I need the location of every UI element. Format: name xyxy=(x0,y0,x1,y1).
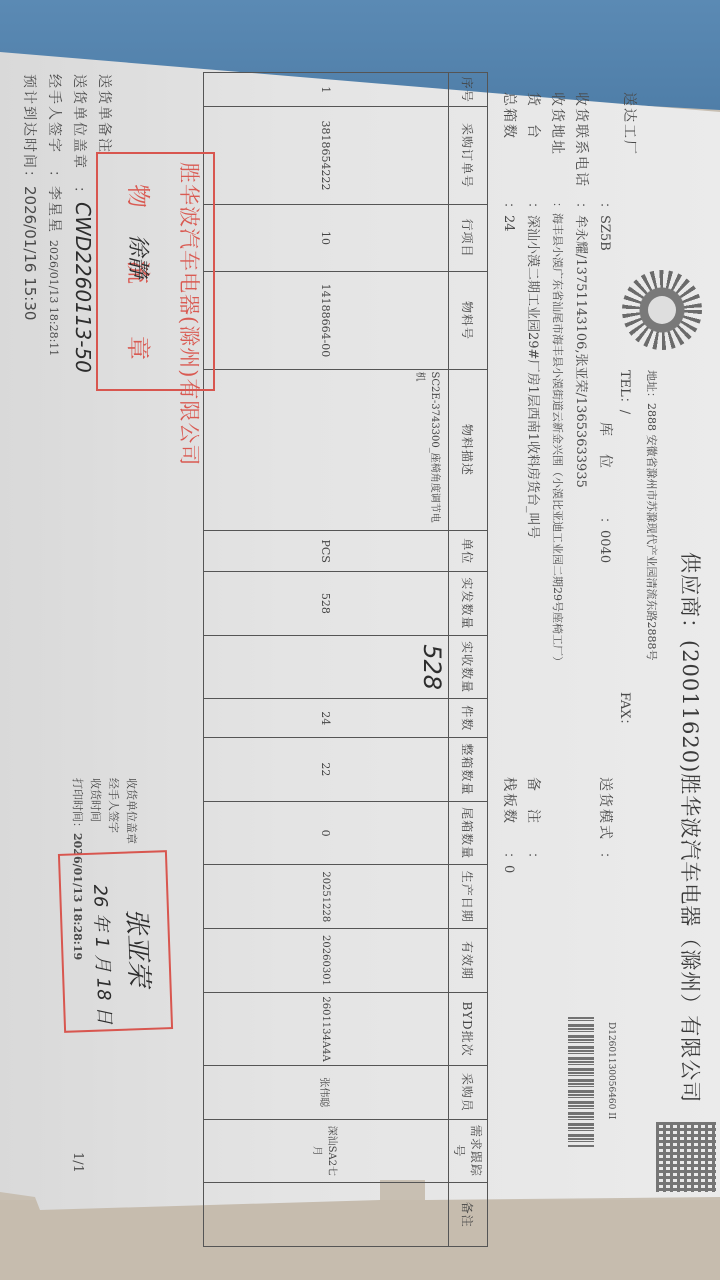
pallets-label: 栈板数 xyxy=(500,777,520,825)
eta-label: 预计到达时间：2026/01/16 15:30 xyxy=(20,74,40,320)
col-pieces: 件数 xyxy=(449,699,488,738)
handwritten-code: CWD2260113-50 xyxy=(71,202,95,373)
cell-prod-date: 20251228 xyxy=(204,865,449,929)
receiver-signer-label: 经手人签字 xyxy=(106,778,122,833)
cell-buyer: 张伟聪 xyxy=(204,1066,449,1119)
delivery-remark-label: 送货单备注 xyxy=(95,74,115,154)
col-unit: 单位 xyxy=(449,531,488,572)
pallets-value: ：0 xyxy=(501,852,520,873)
address-label: 收货地址 xyxy=(548,92,568,156)
phone-label: 收货联系电话 xyxy=(572,92,592,188)
receiver-stamp: 张亚荣 26 年 1 月 18 日 xyxy=(58,850,173,1033)
barcode-number: D12601130056460 II xyxy=(606,1022,616,1119)
location-label: 库 位 xyxy=(596,422,616,470)
col-tracking: 需求跟踪号 xyxy=(449,1119,488,1183)
document-qr-icon xyxy=(656,1122,716,1192)
col-tail-box: 尾箱数量 xyxy=(449,801,488,865)
factory-label: 送达工厂 xyxy=(620,92,640,156)
receive-time-label: 收货时间 xyxy=(88,778,104,822)
cell-description: SC2E-3743300_座椅角度调节电机 xyxy=(204,369,449,531)
cell-received: 528 xyxy=(204,635,449,699)
remark-value: ： xyxy=(525,852,544,865)
col-remark: 备注 xyxy=(449,1183,488,1247)
supplier-title: 供应商：(20011620)胜华波汽车电器（滁州）有限公司 xyxy=(676,552,706,1103)
address-value: ：海丰县小漠广东省汕尾市海丰县小漠街道云新金兴围（小漠比亚迪工业园二期29号座椅… xyxy=(550,202,566,667)
dock-label: 货 台 xyxy=(524,92,544,140)
col-received: 实收数量 xyxy=(449,635,488,699)
cell-tail-box: 0 xyxy=(204,801,449,865)
barcode-icon xyxy=(568,1017,594,1147)
col-seq: 序号 xyxy=(449,73,488,107)
col-full-box: 整箱数量 xyxy=(449,738,488,802)
remark-label: 备 注 xyxy=(524,777,544,825)
cell-po: 3818654222 xyxy=(204,107,449,204)
boxes-label: 总箱数 xyxy=(500,92,520,140)
logistics-stamp: 胜华波汽车电器(滁州)有限公司 物 流 章 徐静 xyxy=(96,152,215,391)
col-batch: BYD批次 xyxy=(449,992,488,1065)
receiver-seal-label: 收货单位盖章 xyxy=(124,778,140,844)
cell-seq: 1 xyxy=(204,73,449,107)
cell-material: 14188664-00 xyxy=(204,272,449,369)
items-table: 序号 采购订单号 行项目 物料号 物料描述 单位 实发数量 实收数量 件数 整箱… xyxy=(203,72,488,1247)
boxes-value: ：24 xyxy=(501,202,520,232)
delivery-note: 供应商：(20011620)胜华波汽车电器（滁州）有限公司 地址：2888 安徽… xyxy=(0,52,720,1212)
supplier-fax: FAX： xyxy=(617,692,636,732)
cell-batch: 2601134A4A xyxy=(204,992,449,1065)
mode-label: 送货模式 xyxy=(596,777,616,841)
delivery-sign-time: 2026/01/13 18:28:11 xyxy=(47,240,60,356)
delivery-seal-label: 送货单位盖章 ： xyxy=(70,74,90,202)
location-value: ：0040 xyxy=(597,517,616,563)
stamp-department: 物 流 章 xyxy=(123,184,158,374)
col-material: 物料号 xyxy=(449,272,488,369)
stamp-company: 胜华波汽车电器(滁州)有限公司 xyxy=(175,162,205,466)
cell-shipped: 528 xyxy=(204,572,449,636)
col-line: 行项目 xyxy=(449,204,488,272)
cell-line: 10 xyxy=(204,204,449,272)
cell-expiry: 20260301 xyxy=(204,929,449,993)
table-row: 1 3818654222 10 14188664-00 SC2E-3743300… xyxy=(204,73,449,1247)
dock-value: ：深汕小漠二期工业园29#厂房1层西南1收料房货台_叫号 xyxy=(525,202,544,539)
mode-value: ： xyxy=(597,852,616,865)
cell-remark xyxy=(204,1183,449,1247)
mini-program-qr-icon xyxy=(622,270,702,350)
cell-tracking: 深汕SA2七月 xyxy=(204,1119,449,1183)
col-expiry: 有效期 xyxy=(449,929,488,993)
page-number: 1/1 xyxy=(70,1152,85,1173)
table-header-row: 序号 采购订单号 行项目 物料号 物料描述 单位 实发数量 实收数量 件数 整箱… xyxy=(449,73,488,1247)
stamp-signature: 徐静 xyxy=(124,234,155,278)
col-description: 物料描述 xyxy=(449,369,488,531)
delivery-signer-label: 经手人签字 ：李星星 xyxy=(45,74,65,234)
cell-unit: PCS xyxy=(204,531,449,572)
cell-pieces: 24 xyxy=(204,699,449,738)
col-shipped: 实发数量 xyxy=(449,572,488,636)
receive-date-handwritten: 26 年 1 月 18 日 xyxy=(88,884,119,1025)
cell-full-box: 22 xyxy=(204,738,449,802)
supplier-address: 地址：2888 安徽省滁州市苏滁现代产业园清流东路2888号 xyxy=(644,370,660,660)
receiver-signature: 张亚荣 xyxy=(120,908,160,987)
supplier-tel: TEL：/ xyxy=(617,370,636,414)
phone-value: ：牟永耀/13751143106,张亚荣/13653633935 xyxy=(573,202,592,488)
col-po: 采购订单号 xyxy=(449,107,488,204)
col-buyer: 采购员 xyxy=(449,1066,488,1119)
factory-value: ：SZ5B xyxy=(597,202,616,251)
col-prod-date: 生产日期 xyxy=(449,865,488,929)
